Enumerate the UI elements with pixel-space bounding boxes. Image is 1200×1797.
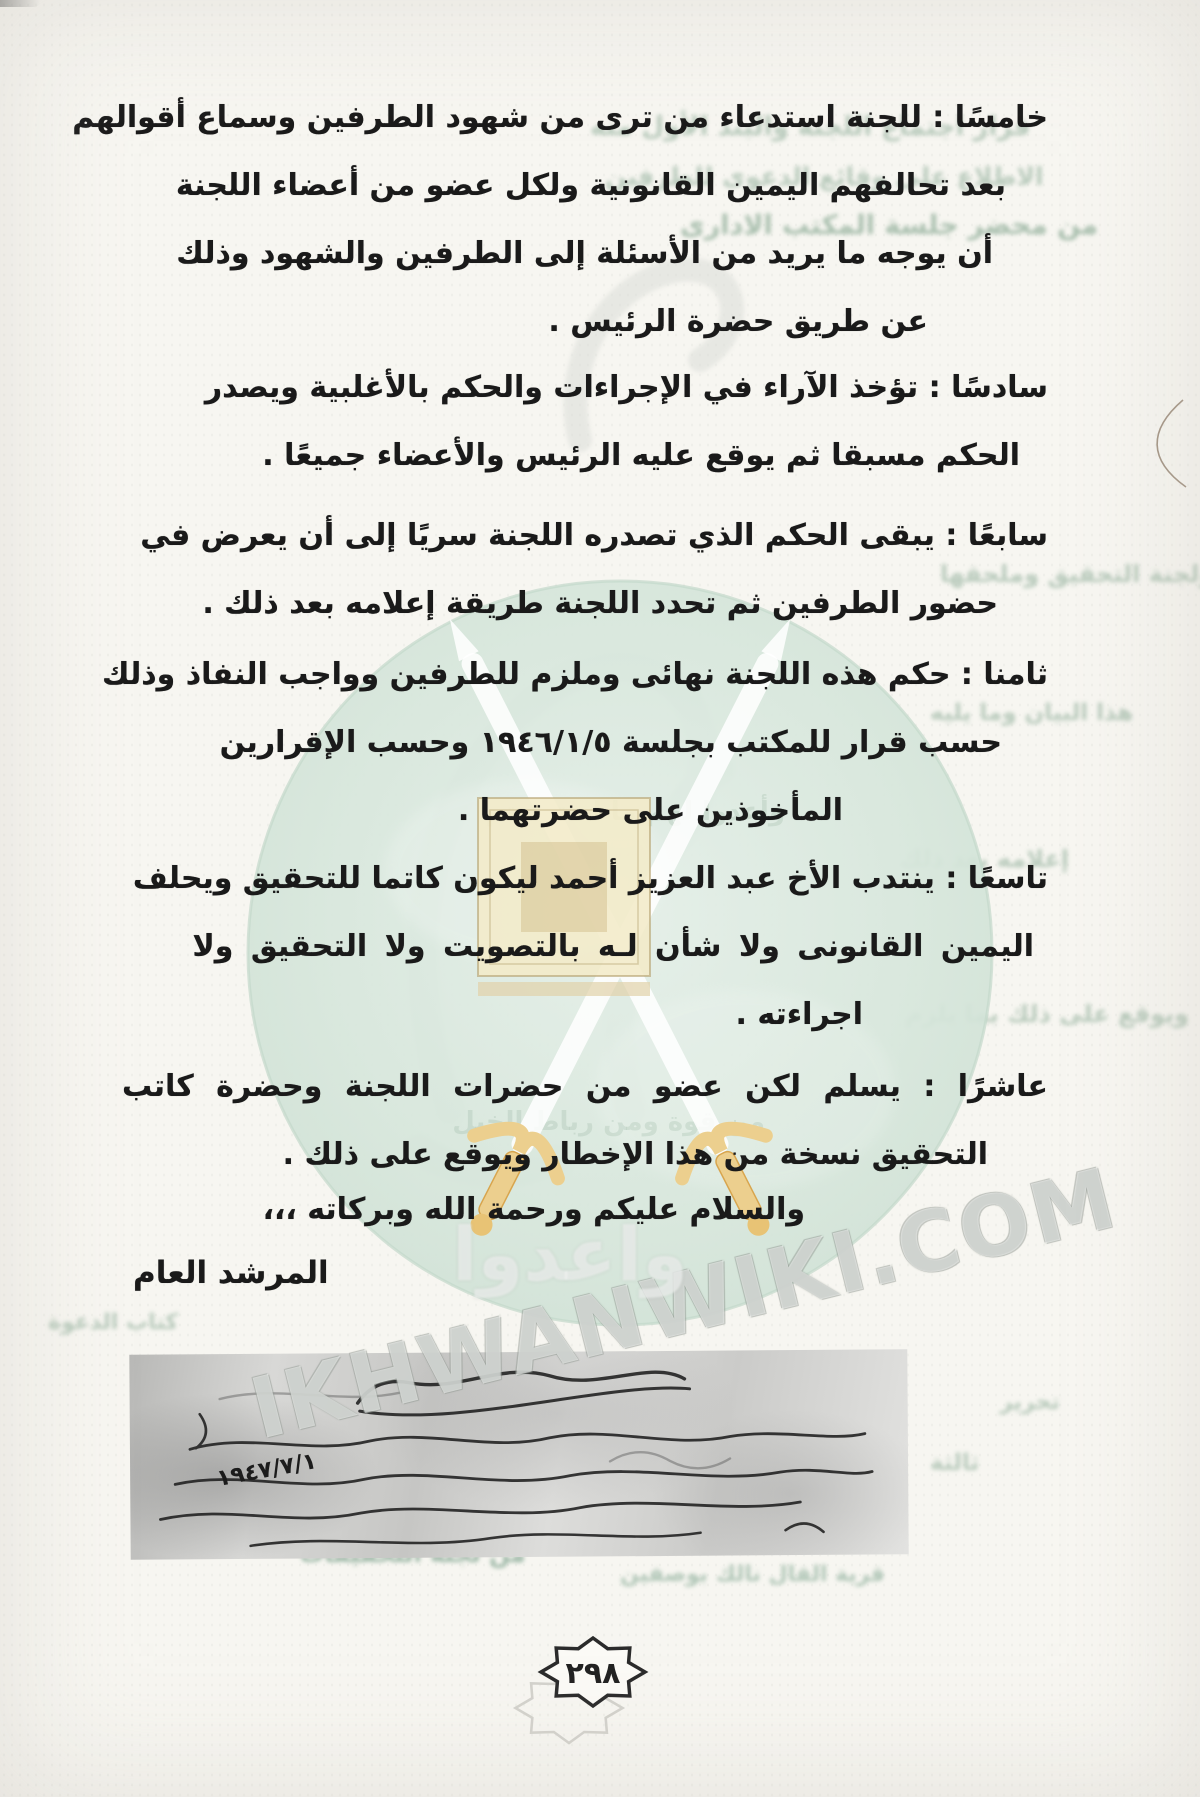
section-label: ثامنا	[983, 657, 1048, 692]
section-text: يسلم لكن عضو من حضرات اللجنة وحضرة كاتب	[122, 1069, 901, 1104]
section-line: عن طريق حضرة الرئيس .	[143, 288, 1048, 356]
section-label: عاشرًا	[958, 1069, 1048, 1104]
section-line: التحقيق نسخة من هذا الإخطار ويوقع على ذل…	[143, 1121, 1048, 1189]
section-line: اليمين القانونى ولا شأن لـه بالتصويت ولا…	[143, 913, 1048, 981]
bleed-text-line: قرية القال نالك بوصفين	[620, 1562, 885, 1587]
section-line: ثامنا : حكم هذه اللجنة نهائى وملزم للطرف…	[143, 641, 1048, 709]
section-ninth: تاسعًا : ينتدب الأخ عبد العزيز أحمد ليكو…	[143, 845, 1048, 1049]
section-text: حكم هذه اللجنة نهائى وملزم للطرفين وواجب…	[102, 657, 950, 692]
section-line: حسب قرار للمكتب بجلسة ١٩٤٦/١/٥ وحسب الإق…	[143, 709, 1048, 777]
section-label: سابعًا	[968, 518, 1048, 553]
section-line: المأخوذين على حضرتهما .	[143, 777, 1048, 845]
section-tenth: عاشرًا : يسلم لكن عضو من حضرات اللجنة وح…	[143, 1053, 1048, 1189]
section-sixth: سادسًا : تؤخذ الآراء في الإجراءات والحكم…	[143, 354, 1048, 490]
bleed-text-line: ثالثة	[930, 1450, 979, 1476]
scan-edge-artifact	[1128, 395, 1198, 495]
section-line: حضور الطرفين ثم تحدد اللجنة طريقة إعلامه…	[143, 570, 1048, 638]
section-line: عاشرًا : يسلم لكن عضو من حضرات اللجنة وح…	[143, 1053, 1048, 1121]
section-text: ينتدب الأخ عبد العزيز أحمد ليكون كاتما ل…	[133, 861, 935, 896]
scan-corner-artifact	[0, 0, 40, 7]
section-text: للجنة استدعاء من ترى من شهود الطرفين وسم…	[72, 100, 922, 135]
section-text: يبقى الحكم الذي تصدره اللجنة سريًا إلى أ…	[140, 518, 935, 553]
section-label: خامسًا	[955, 100, 1048, 135]
section-line: تاسعًا : ينتدب الأخ عبد العزيز أحمد ليكو…	[143, 845, 1048, 913]
handwritten-date: ١٩٤٧/٧/١	[215, 1448, 319, 1492]
section-line: الحكم مسبقا ثم يوقع عليه الرئيس والأعضاء…	[143, 422, 1048, 490]
section-eighth: ثامنا : حكم هذه اللجنة نهائى وملزم للطرف…	[143, 641, 1048, 845]
bleed-text-line: تحرير	[1000, 1390, 1060, 1415]
section-text: تؤخذ الآراء في الإجراءات والحكم بالأغلبي…	[205, 370, 918, 405]
section-line: أن يوجه ما يريد من الأسئلة إلى الطرفين و…	[143, 220, 1048, 288]
section-line: اجراءته .	[143, 981, 1048, 1049]
section-fifth: خامسًا : للجنة استدعاء من ترى من شهود ال…	[143, 84, 1048, 356]
bleed-text-line: كتاب الدعوة	[48, 1310, 178, 1335]
page-number-ornament: ٢٩٨	[505, 1622, 680, 1757]
section-line: بعد تحالفهم اليمين القانونية ولكل عضو من…	[143, 152, 1048, 220]
section-line: سادسًا : تؤخذ الآراء في الإجراءات والحكم…	[143, 354, 1048, 422]
section-line: سابعًا : يبقى الحكم الذي تصدره اللجنة سر…	[143, 502, 1048, 570]
handwriting-scribbles: ١٩٤٧/٧/١	[129, 1349, 908, 1559]
section-line: خامسًا : للجنة استدعاء من ترى من شهود ال…	[143, 84, 1048, 152]
closing-salutation: والسلام عليكم ورحمة الله وبركاته ،،،	[263, 1192, 805, 1227]
page-number: ٢٩٨	[566, 1656, 621, 1691]
section-label: تاسعًا	[968, 861, 1048, 896]
section-seventh: سابعًا : يبقى الحكم الذي تصدره اللجنة سر…	[143, 502, 1048, 638]
section-label: سادسًا	[951, 370, 1048, 405]
general-guide-signoff: المرشد العام	[133, 1255, 329, 1291]
handwritten-signatures-photo: ١٩٤٧/٧/١	[129, 1349, 908, 1559]
